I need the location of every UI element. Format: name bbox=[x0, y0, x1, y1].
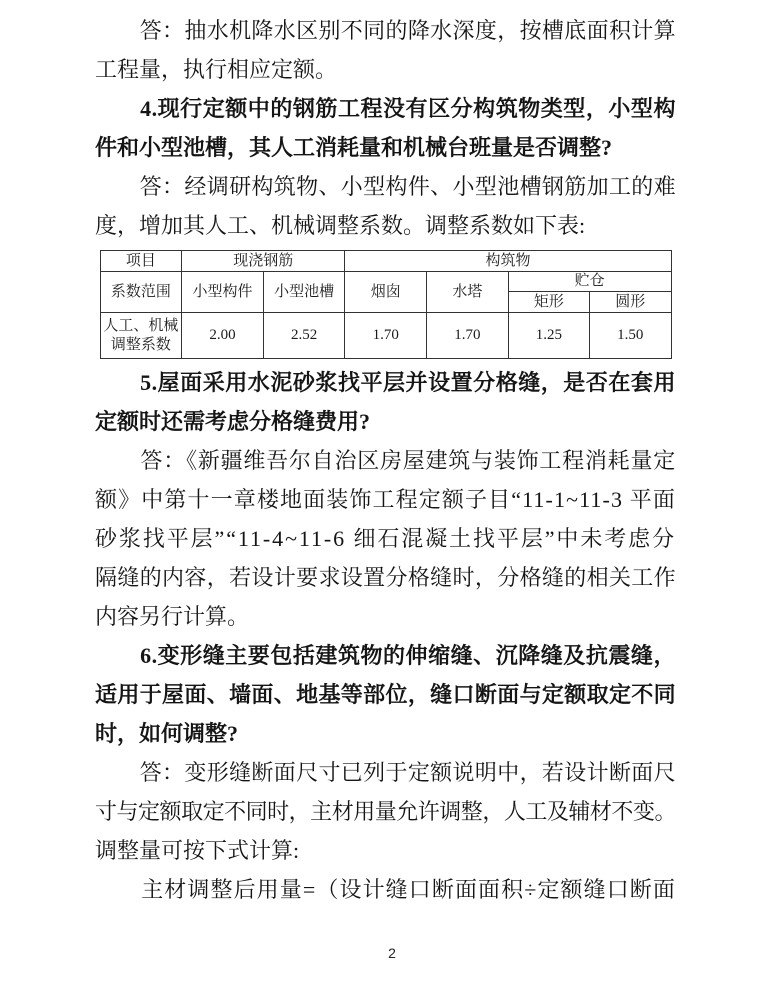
page-content: 答：抽水机降水区别不同的降水深度，按槽底面积计算工程量，执行相应定额。 4.现行… bbox=[95, 11, 676, 909]
table-value-small-component: 2.00 bbox=[182, 313, 264, 359]
answer-5-line-2: 额》中第十一章楼地面装饰工程定额子目“11-1~11-3 平面 bbox=[95, 480, 676, 519]
question-4-line-2: 件和小型池槽，其人工消耗量和机械台班量是否调整? bbox=[95, 128, 676, 167]
answer-6-line-1: 答：变形缝断面尺寸已列于定额说明中，若设计断面尺 bbox=[95, 753, 676, 792]
answer-5-line-3: 砂浆找平层”“11-4~11-6 细石混凝土找平层”中未考虑分 bbox=[95, 519, 676, 558]
answer-3-line-1: 答：抽水机降水区别不同的降水深度，按槽底面积计算 bbox=[95, 11, 676, 50]
table-value-water-tower: 1.70 bbox=[427, 313, 509, 359]
table-header-small-component: 小型构件 bbox=[182, 272, 264, 313]
answer-5-line-5: 内容另行计算。 bbox=[95, 597, 676, 636]
question-4-line-1: 4.现行定额中的钢筋工程没有区分构筑物类型，小型构 bbox=[95, 89, 676, 128]
table-value-small-trough: 2.52 bbox=[263, 313, 345, 359]
table-value-rectangular: 1.25 bbox=[508, 313, 589, 359]
table-header-item: 项目 bbox=[100, 251, 182, 272]
table-header-chimney: 烟囱 bbox=[345, 272, 427, 313]
table-header-rectangular: 矩形 bbox=[508, 292, 589, 313]
table-header-small-trough: 小型池槽 bbox=[263, 272, 345, 313]
answer-6-line-2: 寸与定额取定不同时，主材用量允许调整，人工及辅材不变。 bbox=[95, 792, 676, 831]
question-5-line-1: 5.屋面采用水泥砂浆找平层并设置分格缝，是否在套用 bbox=[95, 363, 676, 402]
document-page: 答：抽水机降水区别不同的降水深度，按槽底面积计算工程量，执行相应定额。 4.现行… bbox=[0, 0, 784, 994]
table-header-water-tower: 水塔 bbox=[427, 272, 509, 313]
coefficient-table: 项目 现浇钢筋 构筑物 系数范围 小型构件 小型池槽 烟囱 水塔 贮仓 矩形 bbox=[100, 250, 672, 359]
answer-4-line-1: 答：经调研构筑物、小型构件、小型池槽钢筋加工的难 bbox=[95, 167, 676, 206]
table-value-chimney: 1.70 bbox=[345, 313, 427, 359]
formula-line-1: 主材调整后用量=（设计缝口断面面积÷定额缝口断面 bbox=[95, 870, 676, 909]
table-header-storage-bin: 贮仓 bbox=[508, 272, 671, 292]
question-6-line-2: 适用于屋面、墙面、地基等部位，缝口断面与定额取定不同 bbox=[95, 675, 676, 714]
question-5-line-2: 定额时还需考虑分格缝费用? bbox=[95, 402, 676, 441]
coefficient-table-wrap: 项目 现浇钢筋 构筑物 系数范围 小型构件 小型池槽 烟囱 水塔 贮仓 矩形 bbox=[100, 250, 672, 359]
answer-3-line-2: 工程量，执行相应定额。 bbox=[95, 50, 676, 89]
table-header-circular: 圆形 bbox=[590, 292, 671, 313]
question-6-line-3: 时，如何调整? bbox=[95, 714, 676, 753]
page-number: 2 bbox=[0, 945, 784, 961]
table-header-cast-rebar: 现浇钢筋 bbox=[182, 251, 345, 272]
section-before-table: 答：抽水机降水区别不同的降水深度，按槽底面积计算工程量，执行相应定额。 4.现行… bbox=[95, 11, 676, 245]
question-6-line-1: 6.变形缝主要包括建筑物的伸缩缝、沉降缝及抗震缝， bbox=[95, 636, 676, 675]
table-row-label: 人工、机械调整系数 bbox=[100, 313, 182, 359]
answer-4-line-2: 度，增加其人工、机械调整系数。调整系数如下表: bbox=[95, 206, 676, 245]
answer-5-line-4: 隔缝的内容，若设计要求设置分格缝时，分格缝的相关工作 bbox=[95, 558, 676, 597]
answer-6-line-3: 调整量可按下式计算: bbox=[95, 831, 676, 870]
table-value-circular: 1.50 bbox=[590, 313, 671, 359]
table-header-structures: 构筑物 bbox=[345, 251, 671, 272]
table-header-scope: 系数范围 bbox=[100, 272, 182, 313]
section-after-table: 5.屋面采用水泥砂浆找平层并设置分格缝，是否在套用定额时还需考虑分格缝费用? 答… bbox=[95, 363, 676, 909]
answer-5-line-1: 答：《新疆维吾尔自治区房屋建筑与装饰工程消耗量定 bbox=[95, 441, 676, 480]
